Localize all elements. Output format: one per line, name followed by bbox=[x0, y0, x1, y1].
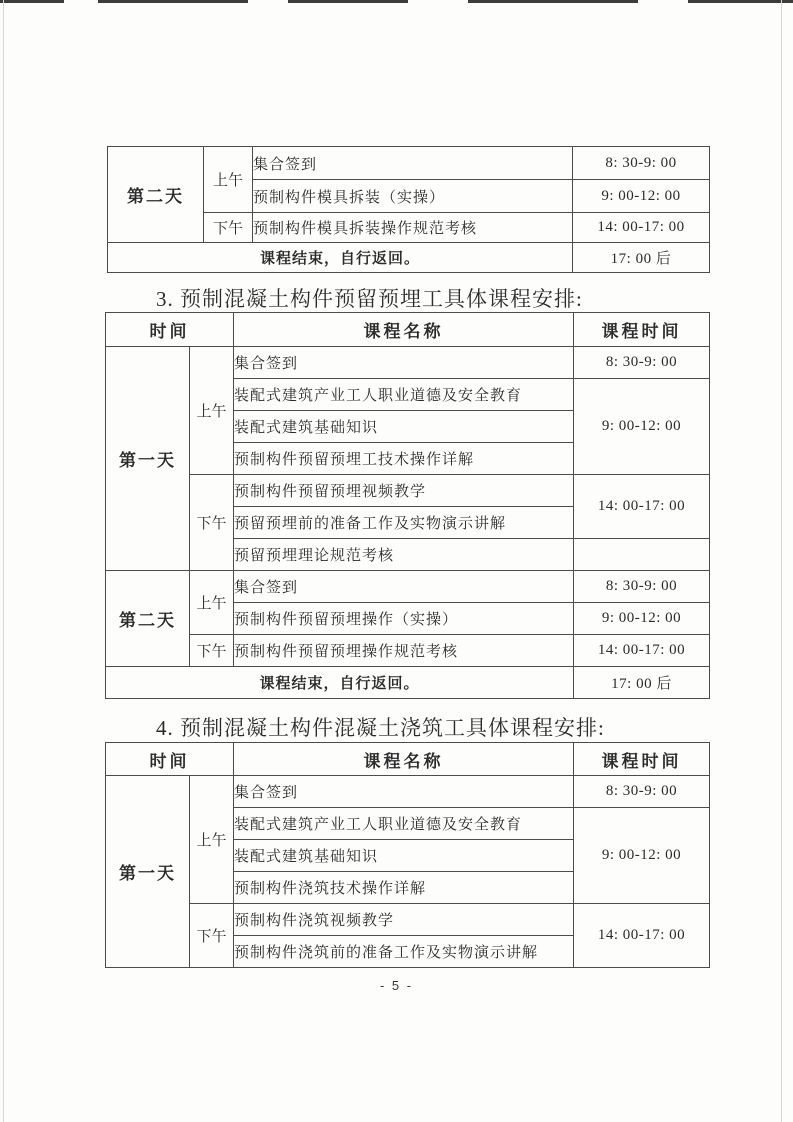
time-cell: 8: 30-9: 00 bbox=[574, 776, 710, 808]
header-time-cell: 时间 bbox=[106, 743, 234, 776]
table-header-row: 时间 课程名称 课程时间 bbox=[106, 743, 710, 776]
time-cell: 9: 00-12: 00 bbox=[573, 180, 710, 213]
table-row: 课程结束，自行返回。 17: 00 后 bbox=[108, 243, 710, 273]
course-cell: 预制构件浇筑前的准备工作及实物演示讲解 bbox=[234, 936, 574, 968]
scan-artifact bbox=[0, 0, 64, 3]
course-cell: 装配式建筑产业工人职业道德及安全教育 bbox=[234, 379, 574, 411]
header-course-time-cell: 课程时间 bbox=[574, 313, 710, 347]
period-cell: 下午 bbox=[190, 635, 234, 667]
course-cell: 集合签到 bbox=[253, 147, 573, 180]
day-cell: 第一天 bbox=[106, 347, 190, 571]
course-cell: 装配式建筑基础知识 bbox=[234, 840, 574, 872]
time-cell: 9: 00-12: 00 bbox=[574, 603, 710, 635]
embed-course-table: 时间 课程名称 课程时间 第一天 上午 集合签到 8: 30-9: 00 装配式… bbox=[105, 312, 710, 699]
header-course-time-cell: 课程时间 bbox=[574, 743, 710, 776]
course-cell: 预制构件预留预埋工技术操作详解 bbox=[234, 443, 574, 475]
table-row: 第一天 上午 集合签到 8: 30-9: 00 bbox=[106, 776, 710, 808]
mold-course-table: 第二天 上午 集合签到 8: 30-9: 00 预制构件模具拆装（实操） 9: … bbox=[107, 146, 710, 273]
course-cell: 预制构件浇筑技术操作详解 bbox=[234, 872, 574, 904]
table-row: 第二天 上午 集合签到 8: 30-9: 00 bbox=[108, 147, 710, 180]
time-cell: 14: 00-17: 00 bbox=[574, 904, 710, 968]
course-cell: 预留预埋理论规范考核 bbox=[234, 539, 574, 571]
time-cell: 14: 00-17: 00 bbox=[573, 213, 710, 243]
time-cell: 14: 00-17: 00 bbox=[574, 635, 710, 667]
table-header-row: 时间 课程名称 课程时间 bbox=[106, 313, 710, 347]
section-4-heading: 4. 预制混凝土构件混凝土浇筑工具体课程安排: bbox=[156, 712, 605, 742]
course-cell: 预制构件预留预埋操作（实操） bbox=[234, 603, 574, 635]
time-cell: 8: 30-9: 00 bbox=[573, 147, 710, 180]
period-cell: 下午 bbox=[190, 475, 234, 571]
header-time-cell: 时间 bbox=[106, 313, 234, 347]
table-row: 下午 预制构件预留预埋视频教学 14: 00-17: 00 bbox=[106, 475, 710, 507]
scan-artifact bbox=[288, 0, 408, 3]
scan-artifact bbox=[688, 0, 793, 3]
time-cell: 17: 00 后 bbox=[573, 243, 710, 273]
period-cell: 下午 bbox=[190, 904, 234, 968]
scan-artifact bbox=[781, 0, 782, 1122]
time-cell-empty bbox=[574, 539, 710, 571]
period-cell: 上午 bbox=[190, 347, 234, 475]
course-cell: 预制构件浇筑视频教学 bbox=[234, 904, 574, 936]
course-cell: 预留预埋前的准备工作及实物演示讲解 bbox=[234, 507, 574, 539]
end-of-course-cell: 课程结束，自行返回。 bbox=[106, 667, 574, 699]
course-cell: 集合签到 bbox=[234, 347, 574, 379]
period-cell: 上午 bbox=[190, 571, 234, 635]
course-cell: 预制构件模具拆装（实操） bbox=[253, 180, 573, 213]
pour-course-table: 时间 课程名称 课程时间 第一天 上午 集合签到 8: 30-9: 00 装配式… bbox=[105, 742, 710, 968]
course-cell: 预制构件预留预埋视频教学 bbox=[234, 475, 574, 507]
table-row: 第一天 上午 集合签到 8: 30-9: 00 bbox=[106, 347, 710, 379]
period-cell: 上午 bbox=[190, 776, 234, 904]
scan-artifact bbox=[98, 0, 248, 3]
course-cell: 集合签到 bbox=[234, 571, 574, 603]
day-cell: 第二天 bbox=[108, 147, 204, 243]
day-cell: 第二天 bbox=[106, 571, 190, 667]
scan-artifact bbox=[3, 0, 4, 1122]
time-cell: 9: 00-12: 00 bbox=[574, 808, 710, 904]
day-cell: 第一天 bbox=[106, 776, 190, 968]
period-cell: 上午 bbox=[204, 147, 253, 213]
table-row: 下午 预制构件浇筑视频教学 14: 00-17: 00 bbox=[106, 904, 710, 936]
table-row: 第二天 上午 集合签到 8: 30-9: 00 bbox=[106, 571, 710, 603]
course-cell: 集合签到 bbox=[234, 776, 574, 808]
course-cell: 预制构件模具拆装操作规范考核 bbox=[253, 213, 573, 243]
table-row: 课程结束，自行返回。 17: 00 后 bbox=[106, 667, 710, 699]
page-number: - 5 - bbox=[0, 978, 793, 993]
end-of-course-cell: 课程结束，自行返回。 bbox=[108, 243, 573, 273]
course-cell: 装配式建筑产业工人职业道德及安全教育 bbox=[234, 808, 574, 840]
period-cell: 下午 bbox=[204, 213, 253, 243]
header-course-name-cell: 课程名称 bbox=[234, 313, 574, 347]
course-cell: 装配式建筑基础知识 bbox=[234, 411, 574, 443]
time-cell: 14: 00-17: 00 bbox=[574, 475, 710, 539]
time-cell: 8: 30-9: 00 bbox=[574, 347, 710, 379]
course-cell: 预制构件预留预埋操作规范考核 bbox=[234, 635, 574, 667]
table-row: 下午 预制构件预留预埋操作规范考核 14: 00-17: 00 bbox=[106, 635, 710, 667]
time-cell: 9: 00-12: 00 bbox=[574, 379, 710, 475]
header-course-name-cell: 课程名称 bbox=[234, 743, 574, 776]
section-3-heading: 3. 预制混凝土构件预留预埋工具体课程安排: bbox=[156, 283, 583, 313]
time-cell: 8: 30-9: 00 bbox=[574, 571, 710, 603]
scan-artifact bbox=[468, 0, 638, 3]
time-cell: 17: 00 后 bbox=[574, 667, 710, 699]
document-page: 第二天 上午 集合签到 8: 30-9: 00 预制构件模具拆装（实操） 9: … bbox=[0, 0, 793, 1122]
